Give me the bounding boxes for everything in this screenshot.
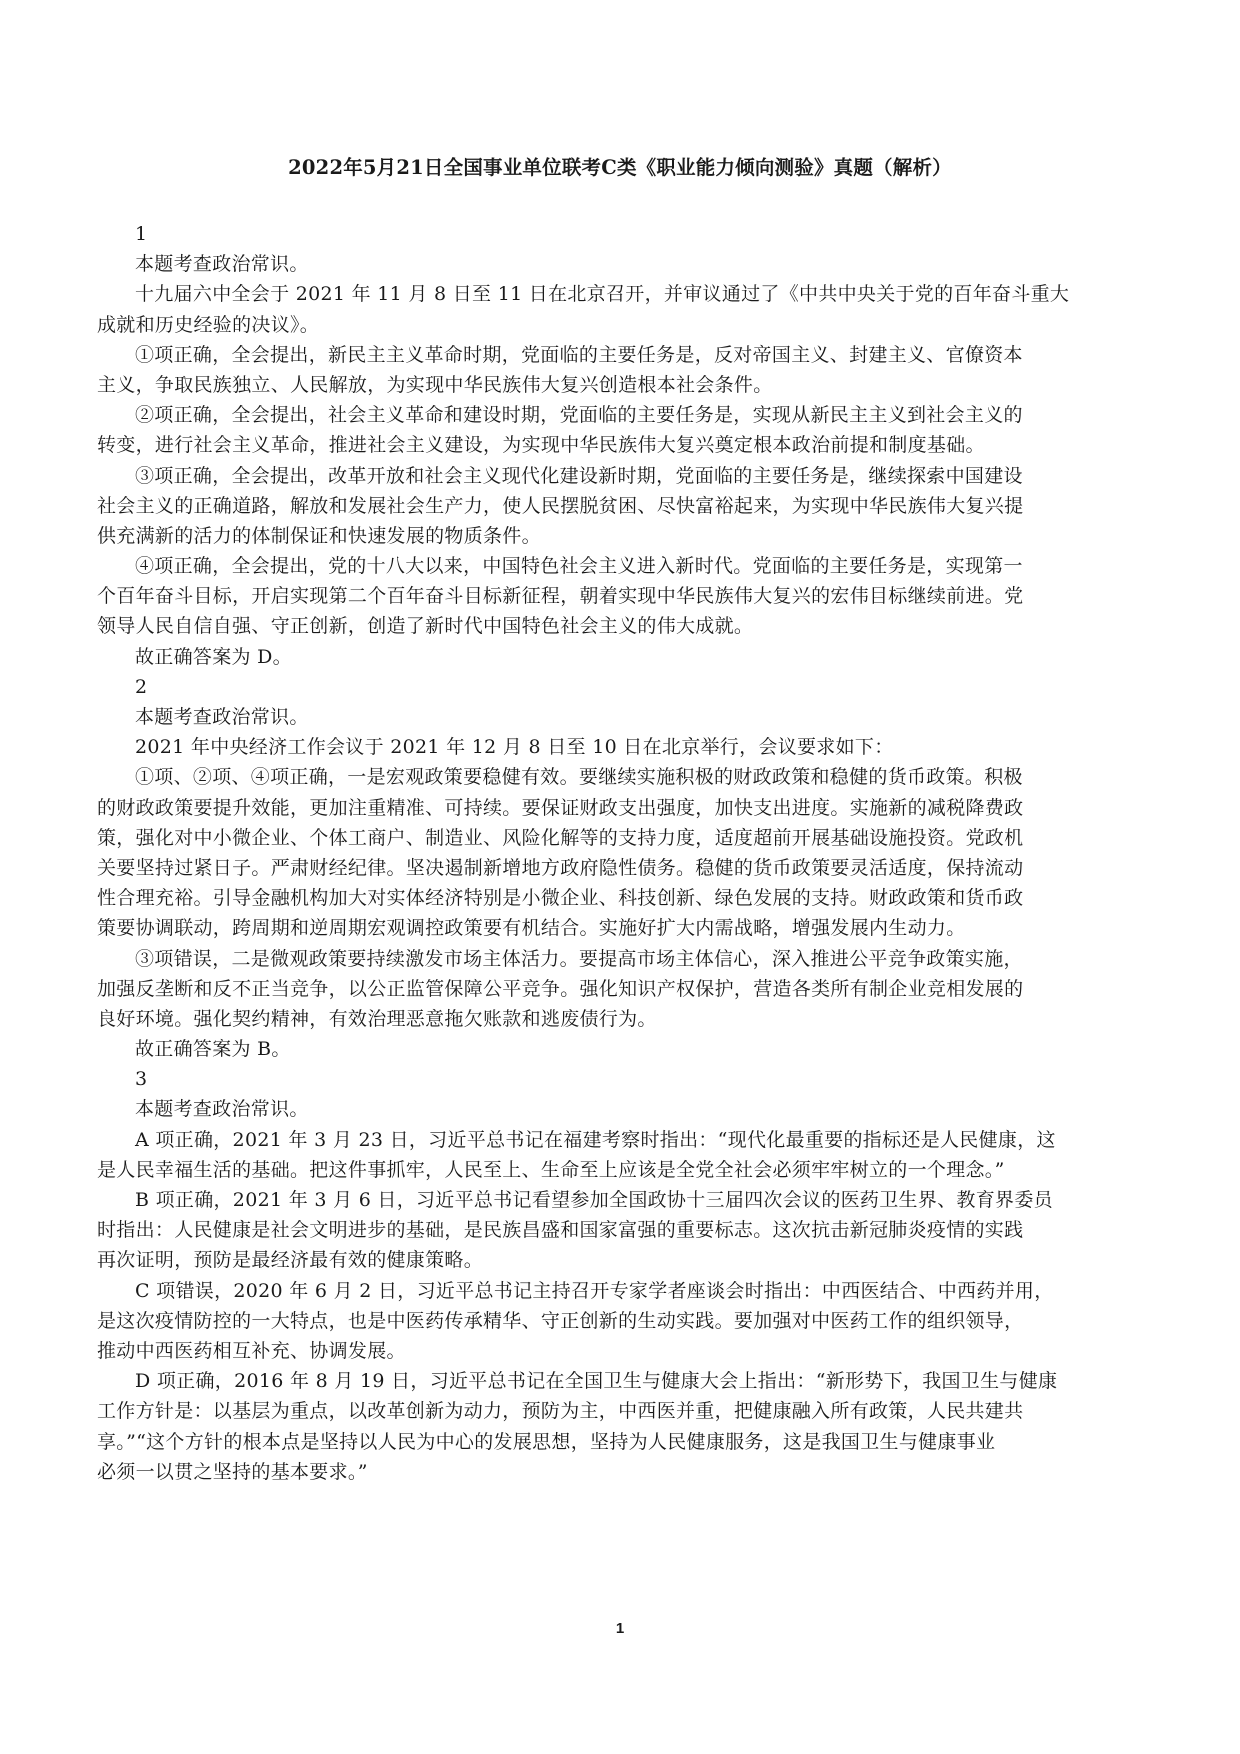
paragraph-continuation-line: 社会主义的正确道路，解放和发展社会生产力，使人民摆脱贫困、尽快富裕起来，为实现中… xyxy=(97,491,1120,521)
paragraph-line: ①项正确，全会提出，新民主主义革命时期，党面临的主要任务是，反对帝国主义、封建主… xyxy=(135,340,1120,370)
paragraph-line: B 项正确，2021 年 3 月 6 日，习近平总书记看望参加全国政协十三届四次… xyxy=(135,1185,1120,1215)
document-title: 2022年5月21日全国事业单位联考C类《职业能力倾向测验》真题（解析） xyxy=(0,152,1240,180)
paragraph-continuation-line: 必须一以贯之坚持的基本要求。” xyxy=(97,1457,1120,1487)
paragraph-line: 2 xyxy=(135,672,1120,702)
paragraph-continuation-line: 成就和历史经验的决议》。 xyxy=(97,310,1120,340)
paragraph-line: 2021 年中央经济工作会议于 2021 年 12 月 8 日至 10 日在北京… xyxy=(135,732,1120,762)
paragraph-line: C 项错误，2020 年 6 月 2 日，习近平总书记主持召开专家学者座谈会时指… xyxy=(135,1276,1120,1306)
paragraph-line: ④项正确，全会提出，党的十八大以来，中国特色社会主义进入新时代。党面临的主要任务… xyxy=(135,551,1120,581)
paragraph-line: D 项正确，2016 年 8 月 19 日，习近平总书记在全国卫生与健康大会上指… xyxy=(135,1366,1120,1396)
paragraph-continuation-line: 良好环境。强化契约精神，有效治理恶意拖欠账款和逃废债行为。 xyxy=(97,1004,1120,1034)
paragraph-continuation-line: 时指出：人民健康是社会文明进步的基础，是民族昌盛和国家富强的重要标志。这次抗击新… xyxy=(97,1215,1120,1245)
page-number: 1 xyxy=(0,1620,1240,1637)
paragraph-continuation-line: 再次证明，预防是最经济最有效的健康策略。 xyxy=(97,1245,1120,1275)
paragraph-continuation-line: 享。”“这个方针的根本点是坚持以人民为中心的发展思想，坚持为人民健康服务，这是我… xyxy=(97,1427,1120,1457)
paragraph-line: 本题考查政治常识。 xyxy=(135,1094,1120,1124)
paragraph-continuation-line: 关要坚持过紧日子。严肃财经纪律。坚决遏制新增地方政府隐性债务。稳健的货币政策要灵… xyxy=(97,853,1120,883)
paragraph-line: 3 xyxy=(135,1064,1120,1094)
document-body: 1本题考查政治常识。十九届六中全会于 2021 年 11 月 8 日至 11 日… xyxy=(135,219,1120,1487)
paragraph-line: 故正确答案为 D。 xyxy=(135,642,1120,672)
paragraph-line: 1 xyxy=(135,219,1120,249)
paragraph-line: 本题考查政治常识。 xyxy=(135,249,1120,279)
paragraph-continuation-line: 供充满新的活力的体制保证和快速发展的物质条件。 xyxy=(97,521,1120,551)
paragraph-line: A 项正确，2021 年 3 月 23 日，习近平总书记在福建考察时指出：“现代… xyxy=(135,1125,1120,1155)
document-page: 2022年5月21日全国事业单位联考C类《职业能力倾向测验》真题（解析） 1本题… xyxy=(0,0,1240,1754)
paragraph-continuation-line: 是这次疫情防控的一大特点，也是中医药传承精华、守正创新的生动实践。要加强对中医药… xyxy=(97,1306,1120,1336)
paragraph-line: ①项、②项、④项正确，一是宏观政策要稳健有效。要继续实施积极的财政政策和稳健的货… xyxy=(135,762,1120,792)
paragraph-continuation-line: 工作方针是：以基层为重点，以改革创新为动力，预防为主，中西医并重，把健康融入所有… xyxy=(97,1396,1120,1426)
paragraph-continuation-line: 是人民幸福生活的基础。把这件事抓牢，人民至上、生命至上应该是全党全社会必须牢牢树… xyxy=(97,1155,1120,1185)
paragraph-line: ③项错误，二是微观政策要持续激发市场主体活力。要提高市场主体信心，深入推进公平竞… xyxy=(135,944,1120,974)
paragraph-continuation-line: 策，强化对中小微企业、个体工商户、制造业、风险化解等的支持力度，适度超前开展基础… xyxy=(97,823,1120,853)
paragraph-continuation-line: 性合理充裕。引导金融机构加大对实体经济特别是小微企业、科技创新、绿色发展的支持。… xyxy=(97,883,1120,913)
paragraph-continuation-line: 的财政政策要提升效能，更加注重精准、可持续。要保证财政支出强度，加快支出进度。实… xyxy=(97,793,1120,823)
paragraph-continuation-line: 领导人民自信自强、守正创新，创造了新时代中国特色社会主义的伟大成就。 xyxy=(97,611,1120,641)
paragraph-line: 十九届六中全会于 2021 年 11 月 8 日至 11 日在北京召开，并审议通… xyxy=(135,279,1120,309)
paragraph-continuation-line: 加强反垄断和反不正当竞争，以公正监管保障公平竞争。强化知识产权保护，营造各类所有… xyxy=(97,974,1120,1004)
paragraph-continuation-line: 策要协调联动，跨周期和逆周期宏观调控政策要有机结合。实施好扩大内需战略，增强发展… xyxy=(97,913,1120,943)
paragraph-continuation-line: 主义，争取民族独立、人民解放，为实现中华民族伟大复兴创造根本社会条件。 xyxy=(97,370,1120,400)
paragraph-line: 故正确答案为 B。 xyxy=(135,1034,1120,1064)
paragraph-line: ③项正确，全会提出，改革开放和社会主义现代化建设新时期，党面临的主要任务是，继续… xyxy=(135,461,1120,491)
paragraph-continuation-line: 推动中西医药相互补充、协调发展。 xyxy=(97,1336,1120,1366)
paragraph-continuation-line: 转变，进行社会主义革命，推进社会主义建设，为实现中华民族伟大复兴奠定根本政治前提… xyxy=(97,430,1120,460)
paragraph-line: ②项正确，全会提出，社会主义革命和建设时期，党面临的主要任务是，实现从新民主主义… xyxy=(135,400,1120,430)
paragraph-line: 本题考查政治常识。 xyxy=(135,702,1120,732)
paragraph-continuation-line: 个百年奋斗目标，开启实现第二个百年奋斗目标新征程，朝着实现中华民族伟大复兴的宏伟… xyxy=(97,581,1120,611)
